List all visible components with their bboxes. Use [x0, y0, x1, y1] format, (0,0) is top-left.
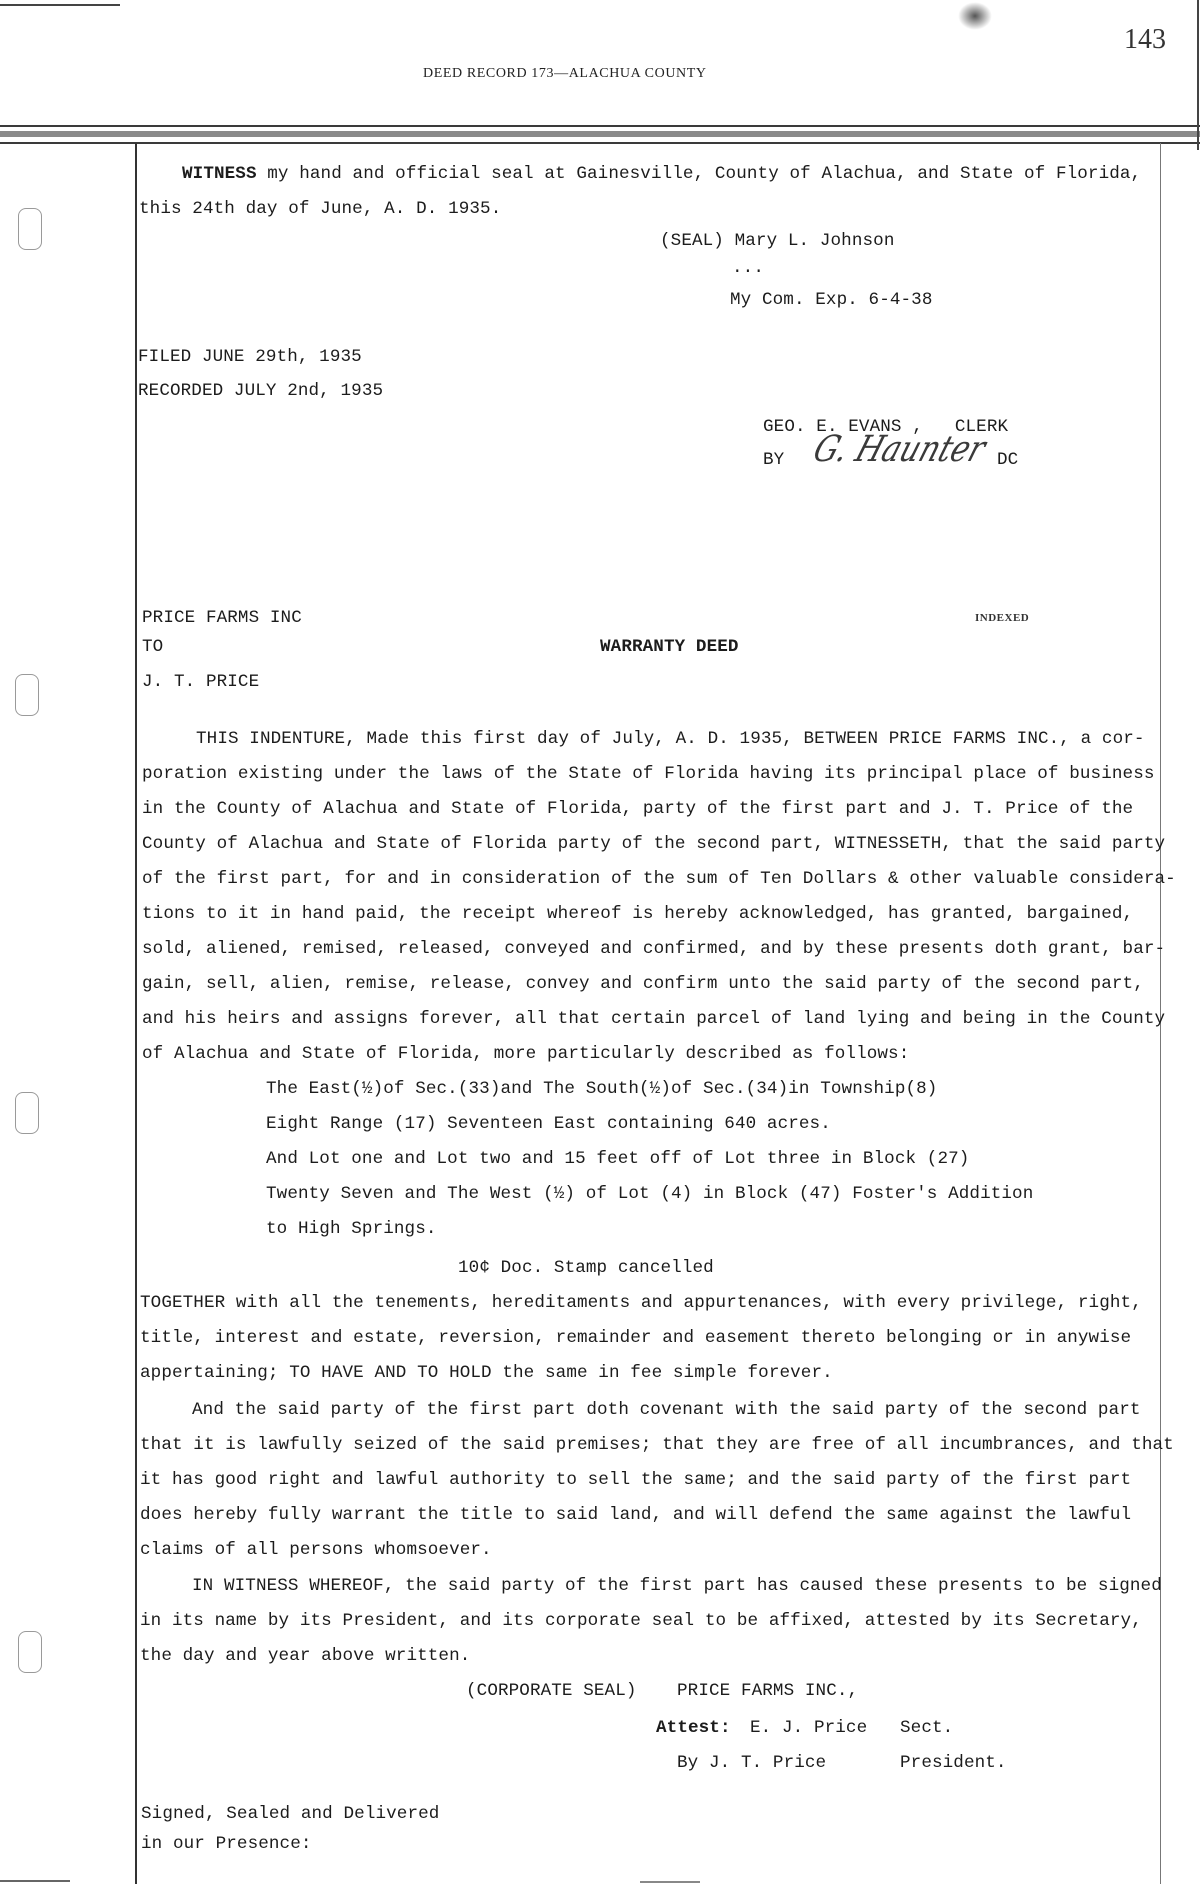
corporate-seal-label: (CORPORATE SEAL) — [466, 1681, 637, 1701]
notary-ellipsis: ... — [732, 258, 764, 278]
by-label: BY — [763, 450, 784, 470]
indenture-line: tions to it in hand paid, the receipt wh… — [142, 904, 1133, 924]
indenture-line: in the County of Alachua and State of Fl… — [142, 799, 1133, 819]
scan-edge-mark — [640, 1881, 700, 1883]
left-margin-rule — [135, 143, 137, 1884]
together-line: appertaining; TO HAVE AND TO HOLD the sa… — [140, 1363, 833, 1383]
deputy-clerk-label: DC — [997, 450, 1018, 470]
legal-description-line: The East(½)of Sec.(33)and The South(½)of… — [266, 1079, 937, 1099]
acknowledgment-rest: my hand and official seal at Gainesville… — [257, 164, 1142, 184]
grantor-name: PRICE FARMS INC — [142, 608, 302, 628]
indexed-stamp: INDEXED — [975, 612, 1029, 624]
notary-seal-line: (SEAL) Mary L. Johnson — [660, 231, 894, 251]
legal-description-line: And Lot one and Lot two and 15 feet off … — [266, 1149, 969, 1169]
witness-whereof-line: IN WITNESS WHEREOF, the said party of th… — [192, 1576, 1162, 1596]
indenture-line: THIS INDENTURE, Made this first day of J… — [196, 729, 1145, 749]
attest-label: Attest: — [656, 1718, 731, 1738]
doc-stamp-note: 10¢ Doc. Stamp cancelled — [458, 1258, 714, 1278]
indenture-line: County of Alachua and State of Florida p… — [142, 834, 1165, 854]
deputy-signature: G. Haunter — [808, 429, 990, 471]
secretary-name: E. J. Price — [750, 1718, 867, 1738]
indenture-line: and his heirs and assigns forever, all t… — [142, 1009, 1165, 1029]
presence-line: in our Presence: — [141, 1834, 312, 1854]
witness-whereof-line: the day and year above written. — [140, 1646, 470, 1666]
covenant-line: And the said party of the first part dot… — [192, 1400, 1141, 1420]
secretary-title: Sect. — [900, 1718, 953, 1738]
covenant-line: that it is lawfully seized of the said p… — [140, 1435, 1174, 1455]
recorded-date: RECORDED JULY 2nd, 1935 — [138, 381, 383, 401]
covenant-line: does hereby fully warrant the title to s… — [140, 1505, 1131, 1525]
indenture-line: gain, sell, alien, remise, release, conv… — [142, 974, 1144, 994]
legal-description-line: Eight Range (17) Seventeen East containi… — [266, 1114, 831, 1134]
indenture-line: poration existing under the laws of the … — [142, 764, 1155, 784]
header-rule-thick — [0, 131, 1200, 137]
president-signature: By J. T. Price — [677, 1753, 826, 1773]
scan-edge-mark — [0, 4, 120, 6]
together-line: TOGETHER with all the tenements, heredit… — [140, 1293, 1142, 1313]
instrument-title: WARRANTY DEED — [600, 637, 739, 657]
together-line: title, interest and estate, reversion, r… — [140, 1328, 1131, 1348]
indenture-line: of Alachua and State of Florida, more pa… — [142, 1044, 909, 1064]
witness-keyword: WITNESS — [182, 164, 257, 184]
binder-hole — [18, 1631, 42, 1673]
filed-date: FILED JUNE 29th, 1935 — [138, 347, 362, 367]
page-edge — [1197, 0, 1199, 150]
acknowledgment-line: WITNESS my hand and official seal at Gai… — [182, 164, 1141, 184]
binder-hole — [15, 1092, 39, 1134]
running-header: DEED RECORD 173—ALACHUA COUNTY — [423, 66, 707, 82]
binder-hole — [18, 208, 42, 250]
signed-sealed-line: Signed, Sealed and Delivered — [141, 1804, 439, 1824]
indenture-line: of the first part, for and in considerat… — [142, 869, 1176, 889]
to-label: TO — [142, 637, 163, 657]
header-rule-thin-bottom — [0, 142, 1200, 144]
president-title: President. — [900, 1753, 1007, 1773]
witness-whereof-line: in its name by its President, and its co… — [140, 1611, 1142, 1631]
ink-smudge — [958, 2, 992, 30]
header-rule-thin-top — [0, 125, 1200, 127]
binder-hole — [15, 674, 39, 716]
covenant-line: it has good right and lawful authority t… — [140, 1470, 1131, 1490]
company-signature-name: PRICE FARMS INC., — [677, 1681, 858, 1701]
notary-commission: My Com. Exp. 6-4-38 — [730, 290, 933, 310]
covenant-line: claims of all persons whomsoever. — [140, 1540, 492, 1560]
grantee-name: J. T. PRICE — [142, 672, 259, 692]
indenture-line: sold, aliened, remised, released, convey… — [142, 939, 1165, 959]
page-number: 143 — [1124, 24, 1166, 56]
scan-edge-mark — [0, 1880, 70, 1882]
legal-description-line: Twenty Seven and The West (½) of Lot (4)… — [266, 1184, 1033, 1204]
acknowledgment-date-line: this 24th day of June, A. D. 1935. — [139, 199, 501, 219]
legal-description-line: to High Springs. — [266, 1219, 437, 1239]
